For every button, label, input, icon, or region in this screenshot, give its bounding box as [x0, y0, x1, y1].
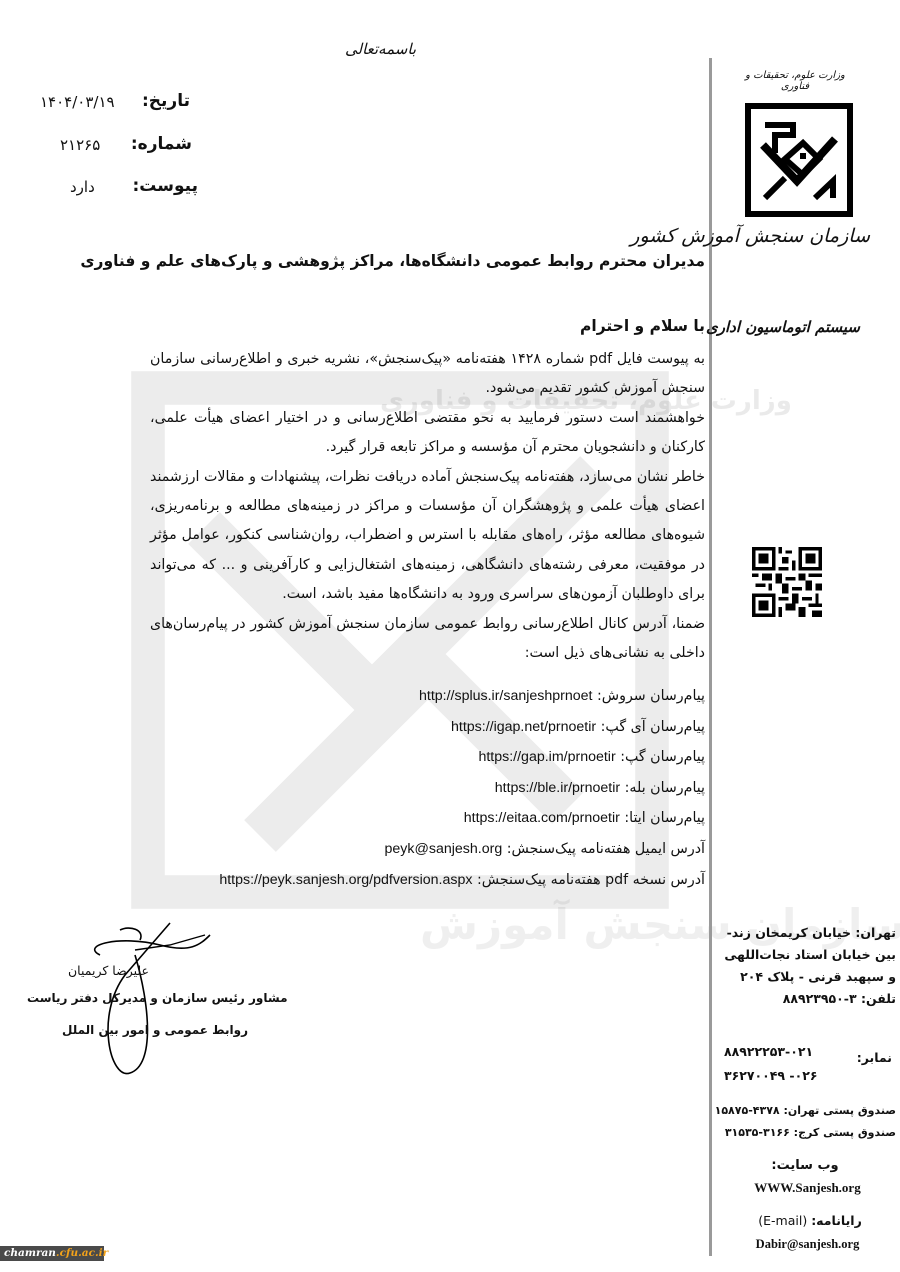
organization-name: سازمان سنجش آموزش کشور — [730, 225, 870, 247]
website-link[interactable]: WWW.Sanjesh.org — [735, 1180, 880, 1196]
fax-number-karaj: ۳۶۲۷۰۰۴۹ -۰۲۶ — [724, 1064, 817, 1088]
channel-links-list: پیام‌رسان سروش: http://splus.ir/sanjeshp… — [219, 688, 705, 902]
link-url-pdf[interactable]: https://peyk.sanjesh.org/pdfversion.aspx — [219, 872, 472, 888]
link-url-gap[interactable]: https://gap.im/prnoetir — [478, 749, 615, 765]
link-label: آدرس نسخه pdf هفته‌نامه پیک‌سنجش: — [477, 872, 705, 888]
link-label: پیام‌رسان ایتا: — [624, 810, 705, 826]
po-box-block: صندوق پستی تهران: ۴۳۷۸-۱۵۸۷۵ صندوق پستی … — [716, 1100, 896, 1144]
link-label: پیام‌رسان بله: — [625, 780, 705, 796]
link-label: پیام‌رسان سروش: — [597, 688, 705, 704]
link-url-igap[interactable]: https://igap.net/prnoetir — [451, 719, 596, 735]
email-label-fa: رایانامه: — [811, 1213, 862, 1228]
badge-part2: .cfu.ac.ir — [56, 1247, 108, 1259]
invocation-heading: باسمه‌تعالی — [345, 40, 416, 58]
link-row-pdf: آدرس نسخه pdf هفته‌نامه پیک‌سنجش: https:… — [219, 872, 705, 903]
fax-numbers: ۸۸۹۲۲۲۵۳-۰۲۱ ۳۶۲۷۰۰۴۹ -۰۲۶ — [724, 1040, 817, 1088]
link-label: پیام‌رسان گپ: — [620, 749, 705, 765]
link-label: پیام‌رسان آی گپ: — [601, 719, 705, 735]
number-label: شماره: — [131, 134, 192, 154]
paragraph-attachment: به پیوست فایل pdf شماره ۱۴۲۸ هفته‌نامه «… — [150, 345, 705, 404]
link-url-bale[interactable]: https://ble.ir/prnoetir — [495, 780, 620, 796]
website-label: وب سایت: — [740, 1158, 870, 1173]
date-label: تاریخ: — [142, 91, 190, 111]
letter-greeting: با سلام و احترام — [580, 317, 705, 335]
link-url-soroush[interactable]: http://splus.ir/sanjeshprnoet — [419, 688, 593, 704]
fax-label: نمابر: — [857, 1050, 892, 1065]
paragraph-request: خواهشمند است دستور فرمایید به نحو مقتضی … — [150, 404, 705, 463]
ministry-name: وزارت علوم، تحقیقات و فناوری — [740, 70, 850, 92]
link-label: آدرس ایمیل هفته‌نامه پیک‌سنجش: — [507, 841, 705, 857]
attachment-value: دارد — [70, 178, 95, 196]
link-row-igap: پیام‌رسان آی گپ: https://igap.net/prnoet… — [219, 719, 705, 750]
address-line-3: و سپهبد قرنی - پلاک ۲۰۴ — [716, 966, 896, 988]
email-label-en: (E-mail) — [758, 1213, 807, 1228]
attachment-label: پیوست: — [133, 176, 199, 196]
source-watermark-badge: chamran.cfu.ac.ir — [0, 1246, 104, 1261]
system-name: سیستم اتوماسیون اداری — [740, 318, 860, 336]
phone-line: تلفن: ۳-۸۸۹۲۳۹۵۰ — [716, 988, 896, 1010]
signatory-title-line2: روابط عمومی و امور بین الملل — [62, 1023, 248, 1037]
po-box-tehran: صندوق پستی تهران: ۴۳۷۸-۱۵۸۷۵ — [716, 1100, 896, 1122]
link-url-eitaa[interactable]: https://eitaa.com/prnoetir — [464, 810, 620, 826]
email-link[interactable]: Dabir@sanjesh.org — [740, 1237, 875, 1252]
paragraph-channels: ضمنا، آدرس کانال اطلاع‌رسانی روابط عمومی… — [150, 610, 705, 669]
organization-logo-icon — [745, 103, 853, 217]
paragraph-call-for-articles: خاطر نشان می‌سازد، هفته‌نامه پیک‌سنجش آم… — [150, 463, 705, 610]
signatory-name: علیرضا کریمیان — [68, 963, 149, 978]
badge-part1: chamran — [4, 1247, 56, 1259]
link-url-email[interactable]: peyk@sanjesh.org — [385, 841, 503, 857]
signatory-title-line1: مشاور رئیس سازمان و مدیرکل دفتر ریاست — [27, 991, 288, 1005]
po-box-karaj: صندوق پستی کرج: ۳۱۶۶-۳۱۵۳۵ — [716, 1122, 896, 1144]
qr-code-icon — [752, 547, 822, 617]
link-row-soroush: پیام‌رسان سروش: http://splus.ir/sanjeshp… — [219, 688, 705, 719]
office-address: تهران: خیابان کریمخان زند- بین خیابان اس… — [716, 922, 896, 1010]
link-row-eitaa: پیام‌رسان ایتا: https://eitaa.com/prnoet… — [219, 810, 705, 841]
letter-addressee: مدیران محترم روابط عمومی دانشگاه‌ها، مرا… — [80, 252, 705, 270]
link-row-email: آدرس ایمیل هفته‌نامه پیک‌سنجش: peyk@sanj… — [219, 841, 705, 872]
number-value: ۲۱۲۶۵ — [60, 136, 100, 154]
link-row-gap: پیام‌رسان گپ: https://gap.im/prnoetir — [219, 749, 705, 780]
address-line-2: بین خیابان استاد نجات‌اللهی — [716, 944, 896, 966]
link-row-bale: پیام‌رسان بله: https://ble.ir/prnoetir — [219, 780, 705, 811]
date-value: ۱۴۰۴/۰۳/۱۹ — [40, 93, 115, 111]
address-line-1: تهران: خیابان کریمخان زند- — [716, 922, 896, 944]
fax-number-tehran: ۸۸۹۲۲۲۵۳-۰۲۱ — [724, 1040, 817, 1064]
letter-body: به پیوست فایل pdf شماره ۱۴۲۸ هفته‌نامه «… — [150, 345, 705, 668]
email-label: رایانامه: (E-mail) — [745, 1213, 875, 1228]
